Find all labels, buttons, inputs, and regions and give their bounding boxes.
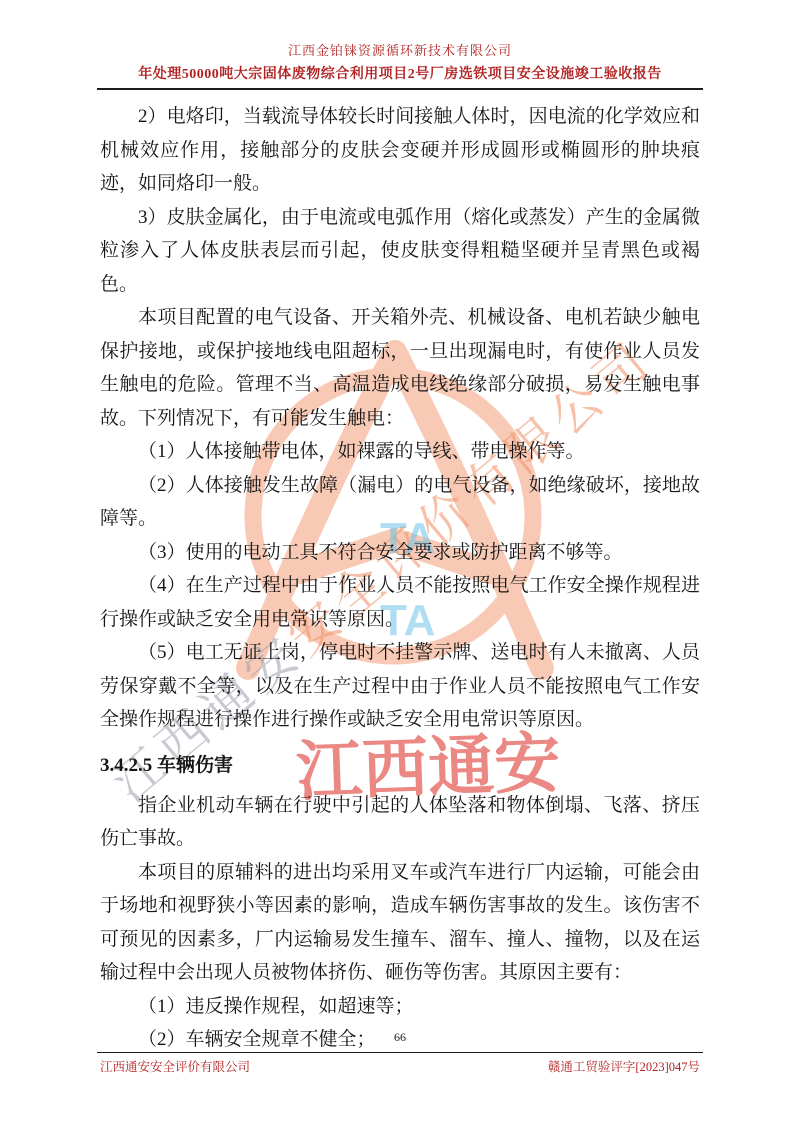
body-paragraph: 指企业机动车辆在行驶中引起的人体坠落和物体倒塌、飞落、挤压伤亡事故。 bbox=[100, 789, 700, 856]
body-paragraph: （1）人体接触带电体，如裸露的导线、带电操作等。 bbox=[100, 435, 700, 469]
body-paragraph: （1）违反操作规程，如超速等； bbox=[100, 990, 700, 1024]
footer-document-number: 赣通工贸验评字[2023]047号 bbox=[548, 1057, 700, 1075]
body-paragraph: 本项目配置的电气设备、开关箱外壳、机械设备、电机若缺少触电保护接地，或保护接地线… bbox=[100, 301, 700, 435]
body-paragraph: （2）人体接触发生故障（漏电）的电气设备，如绝缘破坏，接地故障等。 bbox=[100, 469, 700, 536]
page-header: 江西金铂铼资源循环新技术有限公司 年处理50000吨大宗固体废物综合利用项目2号… bbox=[0, 40, 800, 83]
page-footer: 江西通安安全评价有限公司 赣通工贸验评字[2023]047号 bbox=[100, 1057, 700, 1075]
body-paragraph: （3）使用的电动工具不符合安全要求或防护距离不够等。 bbox=[100, 536, 700, 570]
document-body: 2）电烙印，当载流导体较长时间接触人体时，因电流的化学效应和机械效应作用，接触部… bbox=[100, 100, 700, 1057]
header-divider bbox=[97, 88, 703, 90]
header-report-title: 年处理50000吨大宗固体废物综合利用项目2号厂房选铁项目安全设施竣工验收报告 bbox=[0, 63, 800, 83]
page-number: 66 bbox=[0, 1030, 800, 1045]
body-paragraph: 本项目的原辅料的进出均采用叉车或汽车进行厂内运输，可能会由于场地和视野狭小等因素… bbox=[100, 856, 700, 990]
body-paragraph: （5）电工无证上岗，停电时不挂警示牌、送电时有人未撤离、人员劳保穿戴不全等，以及… bbox=[100, 636, 700, 737]
footer-divider bbox=[97, 1052, 703, 1053]
footer-company-name: 江西通安安全评价有限公司 bbox=[100, 1057, 250, 1075]
body-paragraph: 2）电烙印，当载流导体较长时间接触人体时，因电流的化学效应和机械效应作用，接触部… bbox=[100, 100, 700, 201]
section-heading: 3.4.2.5 车辆伤害 bbox=[100, 749, 700, 783]
body-paragraph: （4）在生产过程中由于作业人员不能按照电气工作安全操作规程进行操作或缺乏安全用电… bbox=[100, 569, 700, 636]
header-company-name: 江西金铂铼资源循环新技术有限公司 bbox=[0, 40, 800, 59]
body-paragraph: 3）皮肤金属化，由于电流或电弧作用（熔化或蒸发）产生的金属微粒渗入了人体皮肤表层… bbox=[100, 201, 700, 302]
